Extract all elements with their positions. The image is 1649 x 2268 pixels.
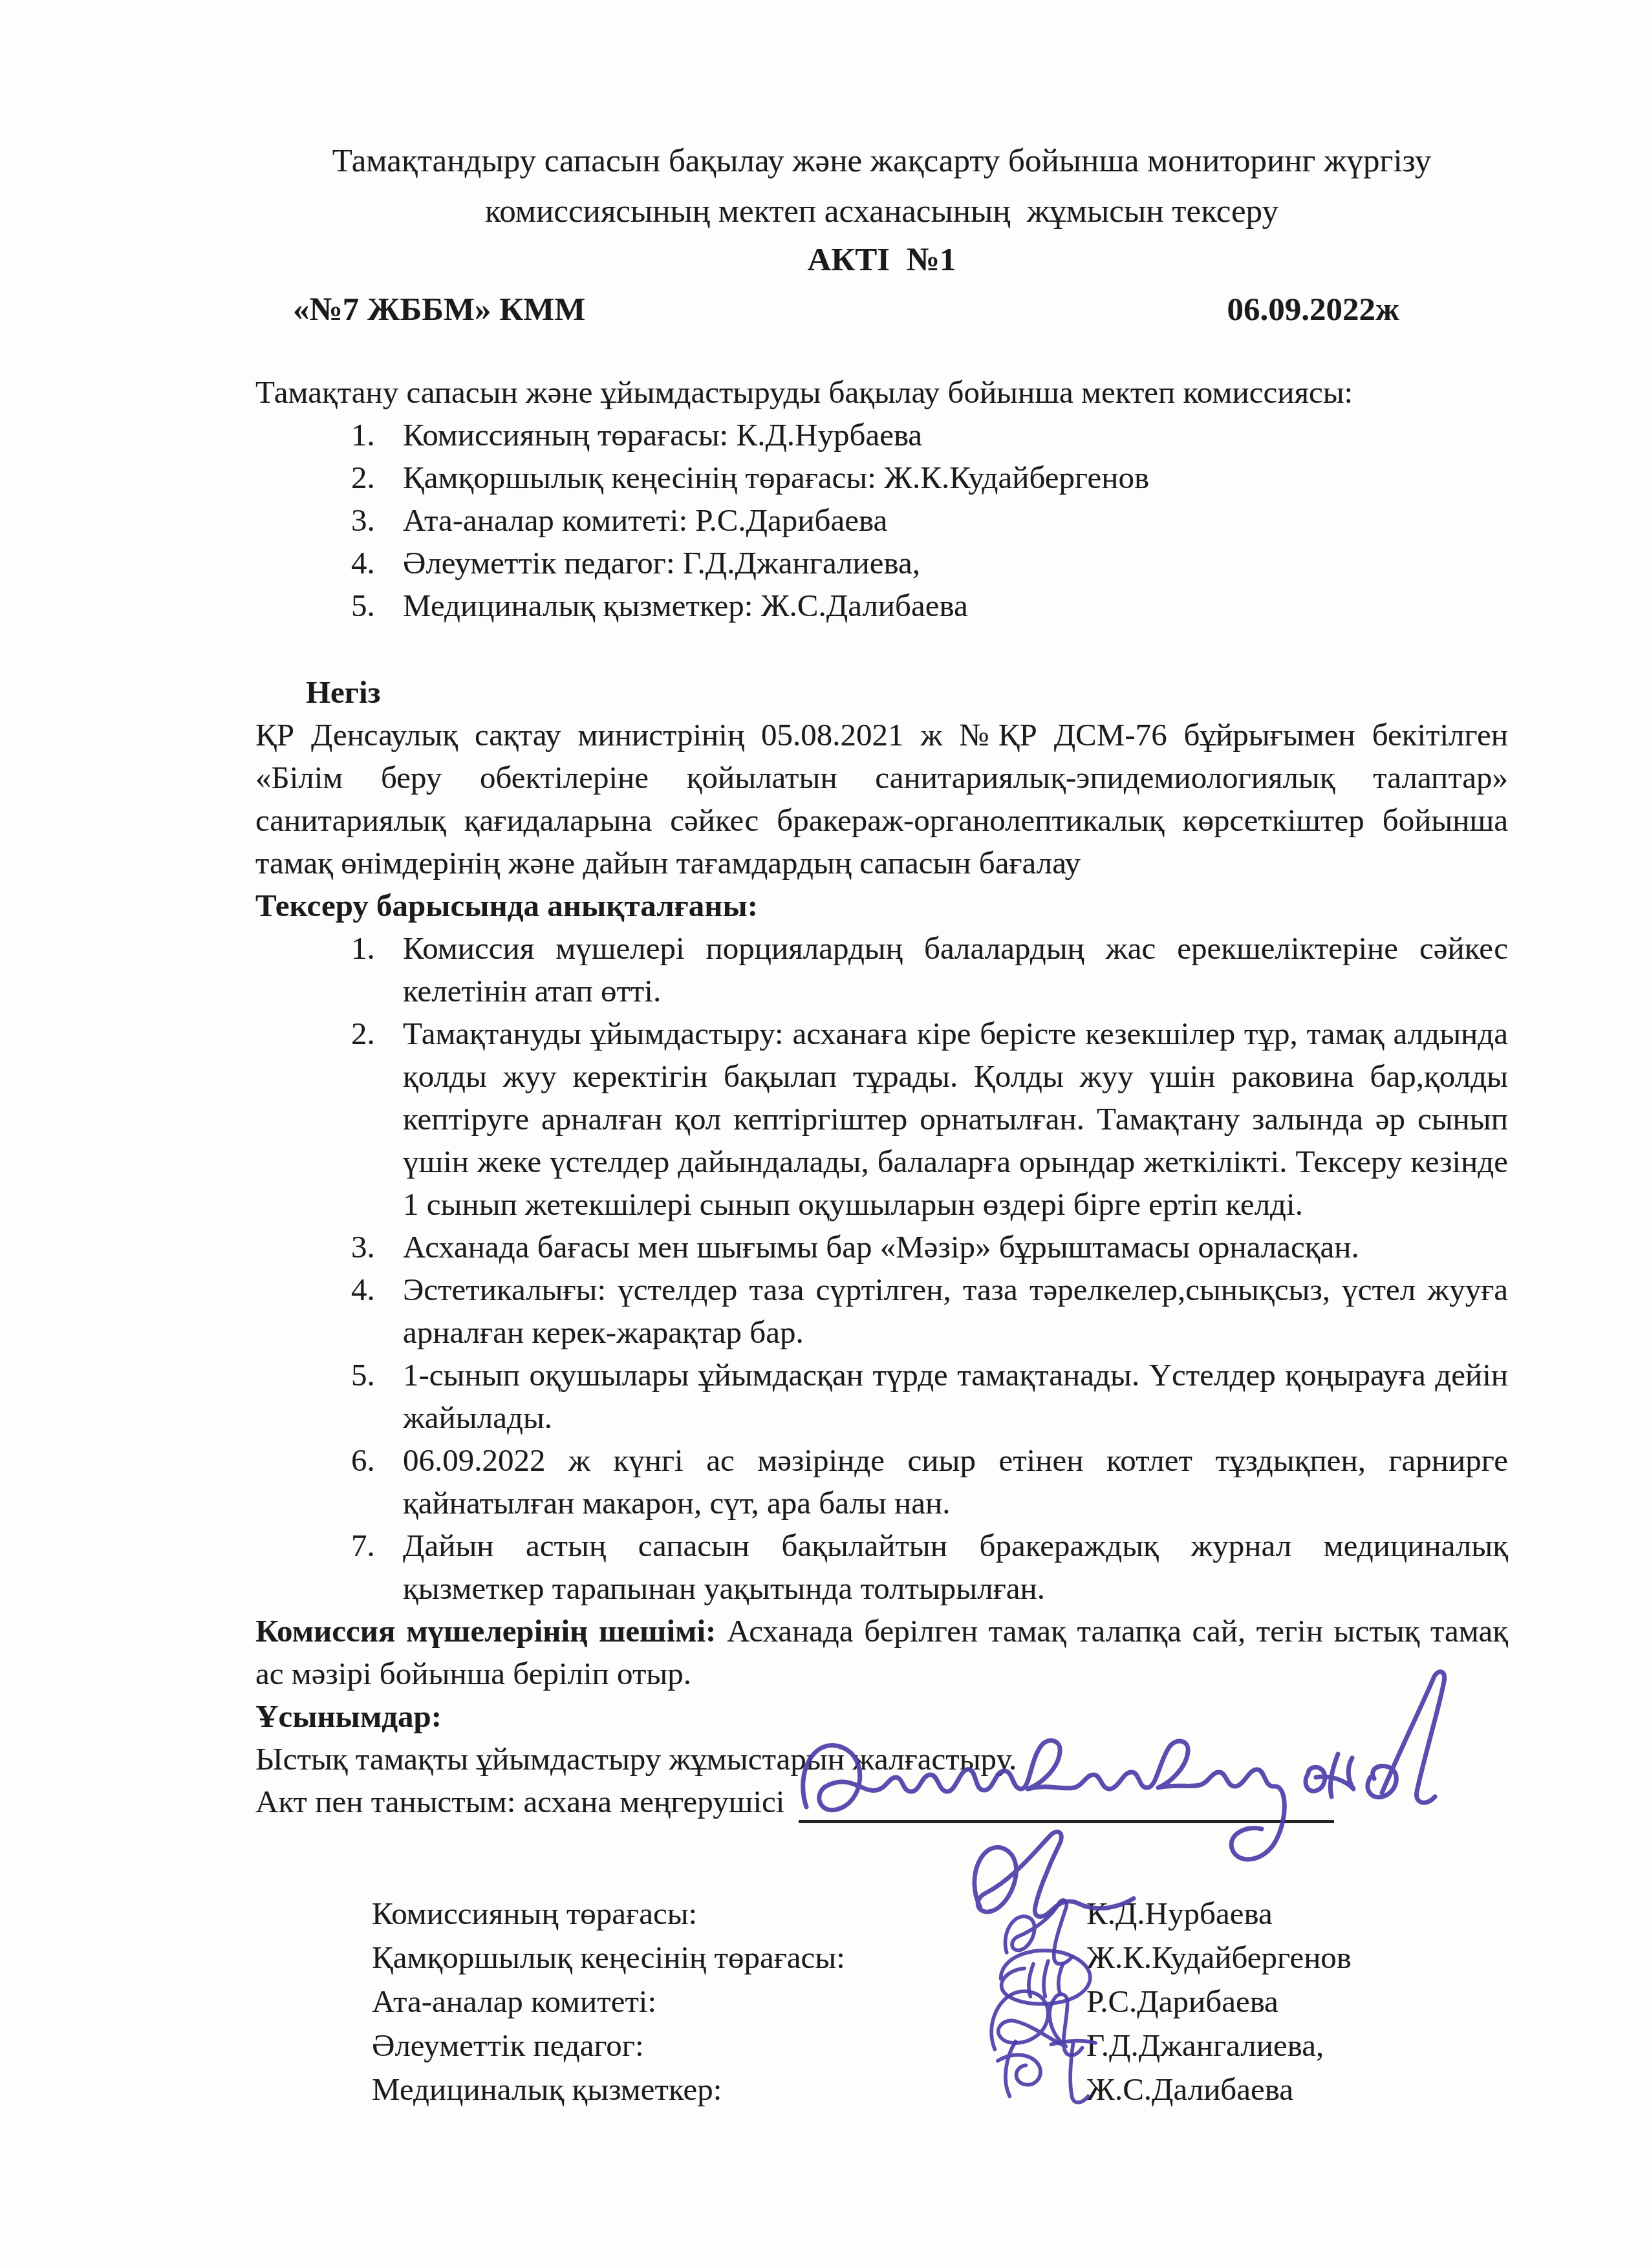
commission-member: Комиссияның төрағасы: К.Д.Нурбаева bbox=[403, 414, 1508, 456]
basis-heading: Негіз bbox=[306, 671, 1508, 714]
act-date: 06.09.2022ж bbox=[1227, 287, 1399, 332]
org-date-row: «№7 ЖББМ» КММ 06.09.2022ж bbox=[255, 287, 1508, 332]
finding-item: 1-сынып оқушылары ұйымдасқан түрде тамақ… bbox=[403, 1354, 1508, 1439]
commission-intro: Тамақтану сапасын және ұйымдастыруды бақ… bbox=[255, 371, 1508, 414]
decision-line: Комиссия мүшелерінің шешімі: Асханада бе… bbox=[255, 1610, 1508, 1695]
signature-name: Ж.С.Далибаева bbox=[1086, 2068, 1508, 2111]
signature-row: Ата-аналар комитеті: Р.С.Дарибаева bbox=[255, 1968, 1508, 2012]
decision-label: Комиссия мүшелерінің шешімі: bbox=[255, 1613, 716, 1649]
signature-cell bbox=[957, 2012, 1086, 2056]
findings-heading: Тексеру барысында анықталғаны: bbox=[255, 884, 1508, 927]
signature-cell bbox=[957, 2056, 1086, 2100]
finding-item: Дайын астың сапасын бақылайтын бракеражд… bbox=[403, 1524, 1508, 1610]
signature-row: Қамқоршылық кеңесінің төрағасы: Ж.К.Куда… bbox=[255, 1924, 1508, 1968]
findings-list: Комиссия мүшелері порциялардың балаларды… bbox=[255, 927, 1508, 1610]
signature-row: Медициналық қызметкер: Ж.С.Далибаева bbox=[255, 2056, 1508, 2100]
signature-cell bbox=[957, 1880, 1086, 1924]
acknowledgement-label: Акт пен таныстым: асхана меңгерушісі bbox=[255, 1781, 784, 1823]
finding-item: Тамақтануды ұйымдастыру: асханаға кіре б… bbox=[403, 1012, 1508, 1226]
commission-member: Әлеуметтік педагог: Г.Д.Джангалиева, bbox=[403, 542, 1508, 584]
signature-cell bbox=[957, 1924, 1086, 1968]
commission-member: Ата-аналар комитеті: Р.С.Дарибаева bbox=[403, 499, 1508, 542]
commission-member: Қамқоршылық кеңесінің төрағасы: Ж.К.Куда… bbox=[403, 456, 1508, 499]
commission-members-list: Комиссияның төрағасы: К.Д.Нурбаева Қамқо… bbox=[255, 414, 1508, 627]
signature-row: Әлеуметтік педагог: Г.Д.Джангалиева, bbox=[255, 2012, 1508, 2056]
signature-row: Комиссияның төрағасы: К.Д.Нурбаева bbox=[255, 1880, 1508, 1924]
signature-cell bbox=[957, 1968, 1086, 2012]
basis-text: ҚР Денсаулық сақтау министрінің 05.08.20… bbox=[255, 714, 1508, 884]
acknowledgement-row: Акт пен таныстым: асхана меңгерушісі bbox=[255, 1781, 1508, 1823]
document-title-line-1: Тамақтандыру сапасын бақылау және жақсар… bbox=[255, 136, 1508, 186]
acknowledgement-signature-line bbox=[799, 1782, 1334, 1823]
finding-item: Эстетикалығы: үстелдер таза сүртілген, т… bbox=[403, 1268, 1508, 1354]
signature-block: Комиссияның төрағасы: К.Д.Нурбаева Қамқо… bbox=[255, 1880, 1508, 2100]
act-number: АКТІ №1 bbox=[255, 238, 1508, 282]
recommendations-heading: Ұсынымдар: bbox=[255, 1695, 1508, 1738]
document-title-line-2: комиссиясының мектеп асханасының жұмысын… bbox=[255, 186, 1508, 237]
signature-role: Медициналық қызметкер: bbox=[255, 2068, 957, 2111]
finding-item: 06.09.2022 ж күнгі ас мәзірінде сиыр еті… bbox=[403, 1439, 1508, 1524]
org-name: «№7 ЖББМ» КММ bbox=[293, 287, 586, 332]
document-body: Тамақтандыру сапасын бақылау және жақсар… bbox=[255, 136, 1508, 2100]
scanned-document-page: Тамақтандыру сапасын бақылау және жақсар… bbox=[0, 0, 1649, 2268]
finding-item: Асханада бағасы мен шығымы бар «Мәзір» б… bbox=[403, 1226, 1508, 1268]
finding-item: Комиссия мүшелері порциялардың балаларды… bbox=[403, 927, 1508, 1012]
recommendations-text: Ыстық тамақты ұйымдастыру жұмыстарын жал… bbox=[255, 1738, 1508, 1781]
commission-member: Медициналық қызметкер: Ж.С.Далибаева bbox=[403, 584, 1508, 627]
